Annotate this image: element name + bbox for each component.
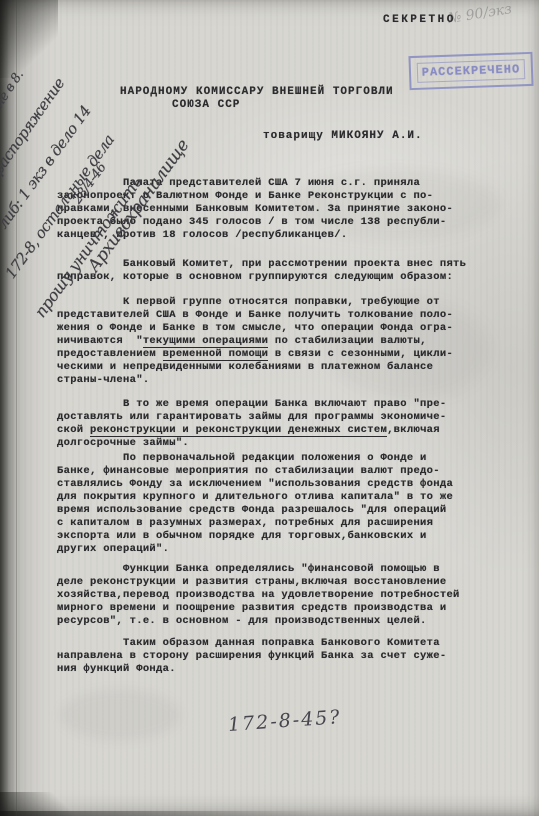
typed-line: деле реконструкции и развития страны,вкл…: [57, 576, 460, 589]
paragraph: В то же время операции Банка включают пр…: [57, 398, 446, 450]
scanned-document-page: СЕКРЕТНО № 90/экз РАССЕКРЕЧЕНО НАРОДНОМУ…: [0, 0, 539, 816]
typed-line: Таким образом данная поправка Банкового …: [57, 637, 446, 650]
typed-line: для покрытия крупного и длительного отли…: [57, 491, 453, 504]
typed-line: доставлять или гарантировать займы для п…: [57, 411, 446, 424]
scan-corner-top-left: [0, 0, 58, 78]
paper-smudge: [60, 690, 180, 740]
typed-line: время использование средств Фонда разреш…: [57, 504, 453, 517]
addressee-line: товарищу МИКОЯНУ А.И.: [263, 130, 423, 142]
recipient-line-2: СОЮЗА ССР: [172, 99, 240, 111]
typed-line: ничиваются "текущими операциями по стаби…: [57, 335, 453, 348]
typed-line: По первоначальной редакции положения о Ф…: [57, 452, 453, 465]
typed-line: экспорта или в обычном порядке для торго…: [57, 530, 453, 543]
recipient-line-1: НАРОДНОМУ КОМИССАРУ ВНЕШНЕЙ ТОРГОВЛИ: [120, 86, 394, 98]
declassified-stamp: РАССЕКРЕЧЕНО: [408, 52, 533, 90]
paragraph: К первой группе относятся поправки, треб…: [57, 296, 453, 387]
typed-line: Палата представителей США 7 июня с.г. пр…: [57, 177, 453, 190]
typed-line: ния функций Фонда.: [57, 663, 446, 676]
typed-line: страны-члена".: [57, 374, 453, 387]
paragraph: По первоначальной редакции положения о Ф…: [57, 452, 453, 556]
typed-line: представителей США в Фонде и Банке получ…: [57, 309, 453, 322]
handwritten-corner-note: № 90/экз: [447, 1, 513, 27]
paragraph: Таким образом данная поправка Банкового …: [57, 637, 446, 676]
handwritten-archive-number: 172-8-45?: [227, 706, 342, 736]
typed-line: Банковый Комитет, при рассмотрении проек…: [57, 258, 466, 271]
paragraph: Функции Банка определялись "финансовой п…: [57, 563, 460, 628]
typed-line: К первой группе относятся поправки, треб…: [57, 296, 453, 309]
typed-line: жения о Фонде и Банке в том смысле, что …: [57, 322, 453, 335]
typed-line: предоставлением временной помощи в связи…: [57, 348, 453, 361]
declassified-stamp-text: РАССЕКРЕЧЕНО: [416, 59, 525, 83]
scan-edge-bottom: [0, 811, 320, 816]
classification-label: СЕКРЕТНО: [383, 14, 456, 26]
typed-line: с капиталом в разумных размерах, потребн…: [57, 517, 453, 530]
typed-line: других операций".: [57, 543, 453, 556]
typed-line: направлена в сторону расширения функций …: [57, 650, 446, 663]
scan-edge-left: [0, 0, 16, 816]
typed-line: долгосрочные займы".: [57, 437, 446, 450]
typed-line: поправок, которые в основном группируютс…: [57, 271, 466, 284]
typed-line: хозяйства,перевод производства на удовле…: [57, 589, 460, 602]
typed-line: ческими и непредвиденными колебаниями в …: [57, 361, 453, 374]
typed-line: Функции Банка определялись "финансовой п…: [57, 563, 460, 576]
typed-line: мирного времени и поощрение развития сре…: [57, 602, 460, 615]
fold-line: [16, 0, 17, 816]
typed-line: ской реконструкции и реконструкции денеж…: [57, 424, 446, 437]
typed-line: Банке, финансовые мероприятия по стабили…: [57, 465, 453, 478]
typed-line: В то же время операции Банка включают пр…: [57, 398, 446, 411]
typed-line: ставлялись Фонду за исключением "использ…: [57, 478, 453, 491]
paragraph: Банковый Комитет, при рассмотрении проек…: [57, 258, 466, 284]
typed-line: ресурсов", т.е. в основном - для произво…: [57, 615, 460, 628]
